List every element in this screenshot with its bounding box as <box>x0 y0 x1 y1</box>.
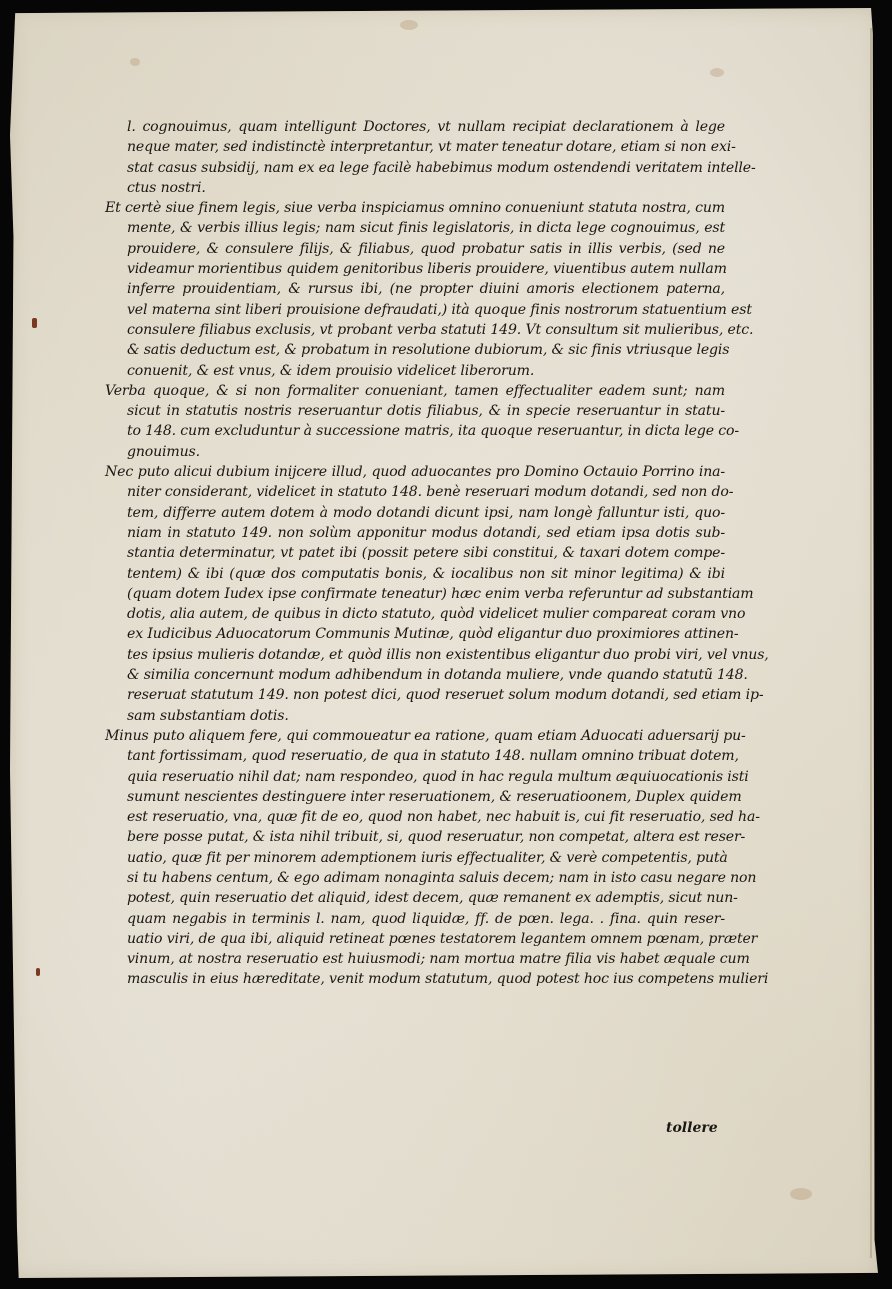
text-line: potest, quin reseruatio det aliquid, ide… <box>127 888 725 908</box>
text-line: & similia concernunt modum adhibendum in… <box>127 665 725 685</box>
text-line: neque mater, sed indistinctè interpretan… <box>127 137 725 157</box>
edge-stain-mark <box>36 968 40 976</box>
foxing-stain <box>710 68 724 77</box>
text-line: niam in statuto 149. non solùm apponitur… <box>127 523 725 543</box>
text-line: (quam dotem Iudex ipse confirmate teneat… <box>127 584 725 604</box>
text-line: ex Iudicibus Aduocatorum Communis Mutinæ… <box>127 624 725 644</box>
text-line: quam negabis in terminis l. nam, quod li… <box>127 909 725 929</box>
text-line: Verba quoque, & si non formaliter conuen… <box>127 381 725 401</box>
foxing-stain <box>130 58 140 66</box>
text-line: masculis in eius hæreditate, venit modum… <box>127 969 725 989</box>
text-line: dotis, alia autem, de quibus in dicto st… <box>127 604 725 624</box>
text-line: to 148. cum excluduntur à successione ma… <box>127 421 725 441</box>
paragraph-1: l. cognouimus, quam intelligunt Doctores… <box>105 117 725 198</box>
text-line: Nec puto alicui dubium inijcere illud, q… <box>127 462 725 482</box>
text-line: mente, & verbis illius legis; nam sicut … <box>127 218 725 238</box>
text-line: Minus puto aliquem fere, qui commoueatur… <box>127 726 725 746</box>
text-line: & satis deductum est, & probatum in reso… <box>127 340 725 360</box>
text-line: gnouimus. <box>127 442 725 462</box>
text-line: vel materna sint liberi prouisione defra… <box>127 300 725 320</box>
paragraph-3: Verba quoque, & si non formaliter conuen… <box>105 381 725 462</box>
paragraph-2: Et certè siue finem legis, siue verba in… <box>105 198 725 381</box>
page-body-text: l. cognouimus, quam intelligunt Doctores… <box>105 117 725 990</box>
text-line: est reseruatio, vna, quæ fit de eo, quod… <box>127 807 725 827</box>
text-line: niter considerant, videlicet in statuto … <box>127 482 725 502</box>
edge-stain-mark <box>32 318 37 328</box>
paragraph-4: Nec puto alicui dubium inijcere illud, q… <box>105 462 725 726</box>
text-line: reseruat statutum 149. non potest dici, … <box>127 685 725 705</box>
foxing-stain <box>400 20 418 30</box>
text-line: sumunt nescientes destinguere inter rese… <box>127 787 725 807</box>
text-line: stat casus subsidij, nam ex ea lege faci… <box>127 158 725 178</box>
text-line: tentem) & ibi (quæ dos computatis bonis,… <box>127 564 725 584</box>
scan-background: l. cognouimus, quam intelligunt Doctores… <box>0 0 892 1289</box>
text-line: sam substantiam dotis. <box>127 706 725 726</box>
text-line: consulere filiabus exclusis, vt probant … <box>127 320 725 340</box>
text-line: conuenit, & est vnus, & idem prouisio vi… <box>127 361 725 381</box>
text-line: tant fortissimam, quod reseruatio, de qu… <box>127 746 725 766</box>
text-line: bere posse putat, & ista nihil tribuit, … <box>127 827 725 847</box>
text-line: l. cognouimus, quam intelligunt Doctores… <box>127 117 725 137</box>
text-line: uatio viri, de qua ibi, aliquid retineat… <box>127 929 725 949</box>
text-line: tes ipsius mulieris dotandæ, et quòd ill… <box>127 645 725 665</box>
text-line: stantia determinatur, vt patet ibi (poss… <box>127 543 725 563</box>
catchword: tollere <box>666 1120 718 1136</box>
text-line: si tu habens centum, & ego adimam nonagi… <box>127 868 725 888</box>
text-line: uatio, quæ fit per minorem ademptionem i… <box>127 848 725 868</box>
foxing-stain <box>790 1188 812 1200</box>
text-line: quia reseruatio nihil dat; nam respondeo… <box>127 767 725 787</box>
text-line: vinum, at nostra reseruatio est huiusmod… <box>127 949 725 969</box>
text-line: tem, differre autem dotem à modo dotandi… <box>127 503 725 523</box>
text-line: inferre prouidentiam, & rursus ibi, (ne … <box>127 279 725 299</box>
text-line: prouidere, & consulere filijs, & filiabu… <box>127 239 725 259</box>
text-line: ctus nostri. <box>127 178 725 198</box>
text-line: videamur morientibus quidem genitoribus … <box>127 259 725 279</box>
paragraph-5: Minus puto aliquem fere, qui commoueatur… <box>105 726 725 990</box>
text-line: sicut in statutis nostris reseruantur do… <box>127 401 725 421</box>
text-line: Et certè siue finem legis, siue verba in… <box>127 198 725 218</box>
